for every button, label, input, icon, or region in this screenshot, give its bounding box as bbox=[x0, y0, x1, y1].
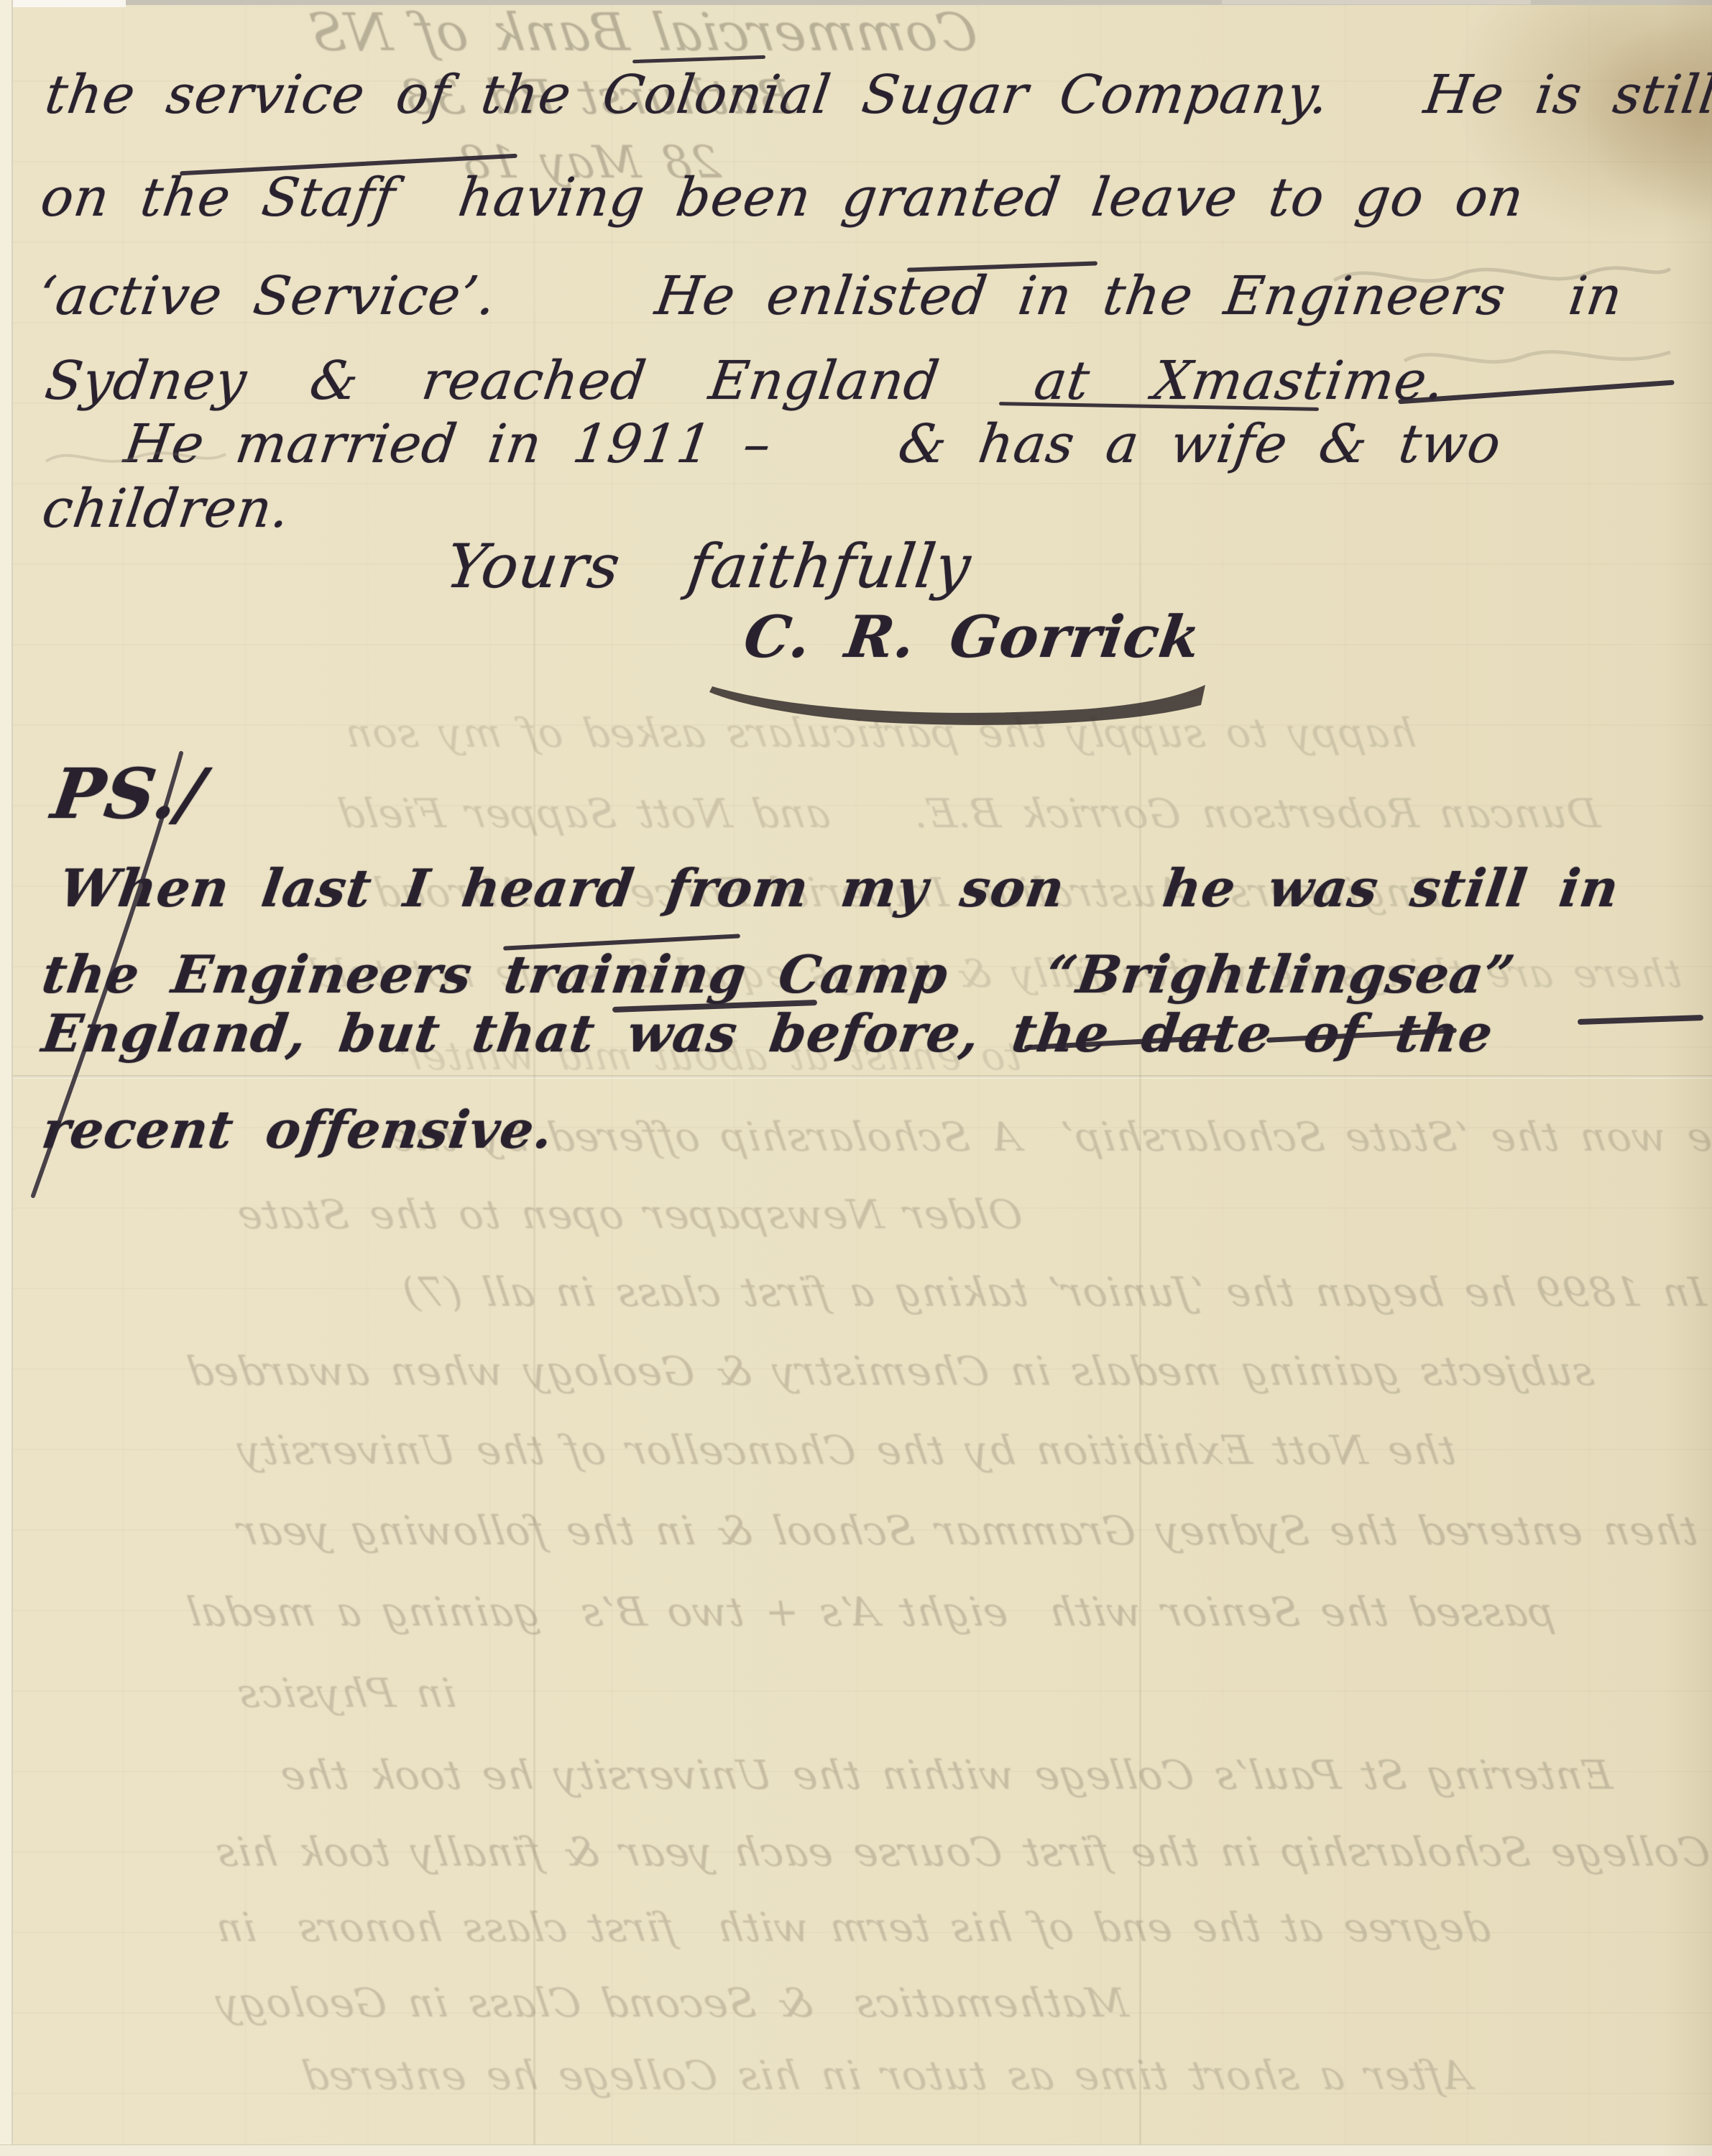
closing-line: Yours faithfully bbox=[442, 533, 975, 599]
scan-edge-bottom bbox=[0, 2145, 1712, 2156]
letter-line: on the Staff having been granted leave t… bbox=[37, 169, 1527, 227]
bleedthrough-line: Duncan Robertson Gorrick B.E. and Nott S… bbox=[335, 792, 1603, 837]
bleedthrough-fragment bbox=[43, 431, 230, 482]
bleedthrough-line: College Scholarship in the first Course … bbox=[213, 1830, 1712, 1875]
ps-flourish-slash bbox=[22, 747, 194, 1207]
bleedthrough-line: Older Newspaper open to the State bbox=[234, 1193, 1026, 1238]
scan-edge-top-corner bbox=[0, 0, 126, 7]
bleedthrough-line: Entering St Paul’s College within the Un… bbox=[277, 1754, 1615, 1798]
scan-edge-left bbox=[0, 0, 13, 2156]
bleedthrough-line: In 1899 he began the ‘Junior’ taking a f… bbox=[400, 1271, 1708, 1315]
fold-crease-horizontal bbox=[0, 1075, 1712, 1079]
letter-line: children. bbox=[39, 480, 294, 538]
bleedthrough-line: Commercial Bank of NS bbox=[305, 4, 980, 61]
bleedthrough-line: passed the Senior with eight A’s + two B… bbox=[184, 1590, 1557, 1635]
bleedthrough-line: in Physics bbox=[234, 1672, 459, 1716]
bleedthrough-fragment bbox=[1330, 237, 1675, 309]
bleedthrough-line: subjects gaining medals in Chemistry & G… bbox=[184, 1350, 1597, 1394]
letter-line: He married in 1911 – & has a wife & two bbox=[121, 415, 1505, 474]
bleedthrough-line: He then entered the Sydney Grammar Schoo… bbox=[234, 1509, 1712, 1554]
bleedthrough-line: the Nott Exhibition by the Chancellor of… bbox=[234, 1429, 1459, 1473]
signature: C. R. Gorrick bbox=[740, 605, 1205, 668]
bleedthrough-line: degree at the end of his term with first… bbox=[213, 1906, 1494, 1950]
signature-underline-flourish bbox=[708, 672, 1211, 740]
letter-page: Commercial Bank of NSBathurst Rd 3828 Ma… bbox=[0, 0, 1712, 2156]
bleedthrough-fragment bbox=[1402, 323, 1675, 388]
letter-line: Sydney & reached England at Xmastime. bbox=[42, 352, 1448, 410]
postscript-line: the Engineers training Camp “Brightlings… bbox=[39, 946, 1519, 1003]
letter-line: the service of the Colonial Sugar Compan… bbox=[42, 66, 1712, 124]
bleedthrough-line: Mathematics & Second Class in Geology bbox=[213, 1981, 1131, 2026]
scan-edge-top bbox=[1222, 0, 1531, 4]
postscript-line: England, but that was before, the date o… bbox=[39, 1005, 1496, 1061]
postscript-line: When last I heard from my son he was sti… bbox=[56, 860, 1623, 916]
bleedthrough-line: After a short time as tutor in his Colle… bbox=[299, 2054, 1474, 2099]
bleedthrough-line: In 1898 he won the ‘State Scholarship’ A… bbox=[385, 1115, 1712, 1160]
